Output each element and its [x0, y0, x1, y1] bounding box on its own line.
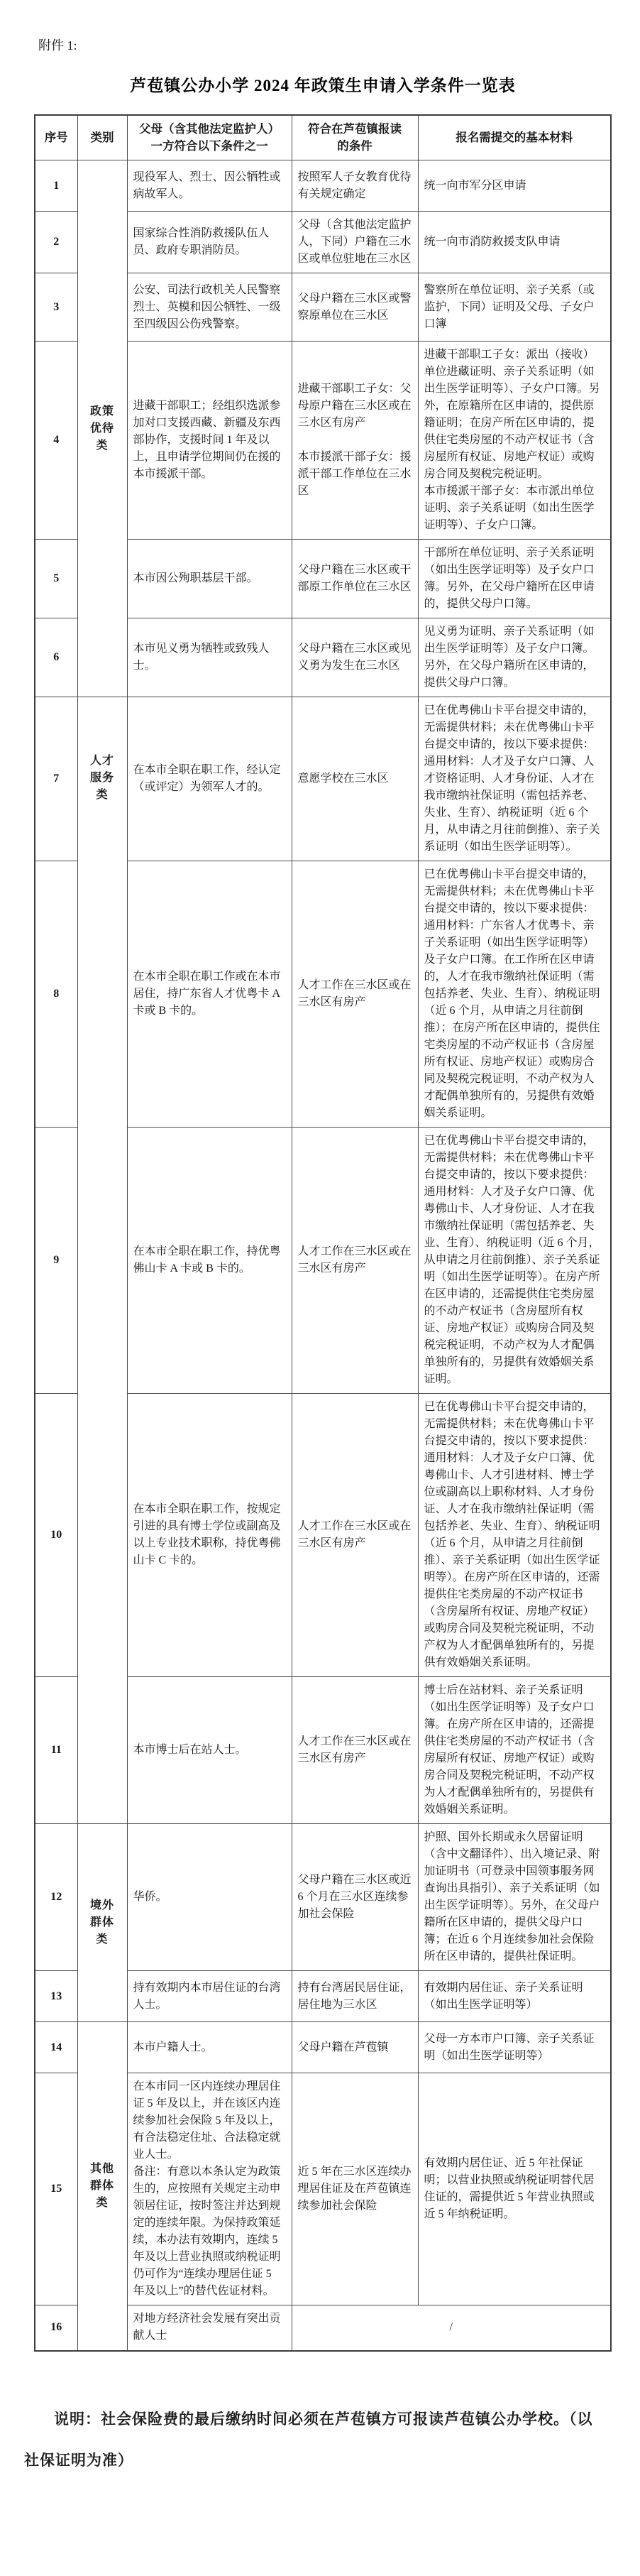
row-1-condition: 现役军人、烈士、因公牺牲或病故军人。: [127, 160, 292, 212]
row-5-seq: 5: [35, 540, 77, 618]
row-14-condition: 本市户籍人士。: [127, 2022, 292, 2073]
header-row: 序号 类别 父母（含其他法定监护人） 一方符合以下条件之一 符合在芦苞镇报读 的…: [35, 115, 611, 160]
row-3-eligibility: 父母户籍在三水区或警察原单位在三水区: [292, 273, 418, 342]
row-9-eligibility: 人才工作在三水区或在三水区有房产: [292, 1128, 418, 1394]
row-3-seq: 3: [35, 273, 77, 342]
row-4-eligibility: 进藏干部职工子女：父母原户籍在三水区或在三水区有房产 本市援派干部子女：援派干部…: [292, 342, 418, 540]
row-2-seq: 2: [35, 212, 77, 273]
category-talent-service: 人才 服务 类: [77, 697, 127, 1824]
row-12-materials: 护照、国外长期或永久居留证明（含中文翻译件）、出入境记录、附加证明书（可登录中国…: [418, 1824, 611, 1971]
row-7-seq: 7: [35, 697, 77, 861]
row-7-eligibility: 意愿学校在三水区: [292, 697, 418, 861]
row-13-seq: 13: [35, 1971, 77, 2022]
row-6-condition: 本市见义勇为牺牲或致残人士。: [127, 618, 292, 697]
row-15-materials: 有效期内居住证、近 5 年社保证明；以营业执照或纳税证明替代居住证的，需提供近 …: [418, 2073, 611, 2305]
row-13-eligibility: 持有台湾居民居住证，居住地为三水区: [292, 1971, 418, 2022]
row-12-eligibility: 父母户籍在三水区或近 6 个月在三水区连续参加社会保险: [292, 1824, 418, 1971]
row-9-materials: 已在优粤佛山卡平台提交申请的，无需提供材料；未在优粤佛山卡平台提交申请的，按以下…: [418, 1128, 611, 1394]
row-9-seq: 9: [35, 1128, 77, 1394]
row-9-condition: 在本市全职在职工作，持优粤佛山卡 A 卡或 B 卡的。: [127, 1128, 292, 1394]
page-title: 芦苞镇公办小学 2024 年政策生申请入学条件一览表: [34, 72, 612, 96]
row-10-materials: 已在优粤佛山卡平台提交申请的，无需提供材料；未在优粤佛山卡平台提交申请的，按以下…: [418, 1394, 611, 1677]
row-13-condition: 持有效期内本市居住证的台湾人士。: [127, 1971, 292, 2022]
table-row: 12 境外 群体 类 华侨。 父母户籍在三水区或近 6 个月在三水区连续参加社会…: [35, 1824, 611, 1971]
category-other-group: 其他 群体 类: [77, 2022, 127, 2351]
row-2-eligibility: 父母（含其他法定监护人，下同）户籍在三水区或单位驻地在三水区: [292, 212, 418, 273]
table-row: 7 人才 服务 类 在本市全职在职工作，经认定（或评定）为领军人才的。 意愿学校…: [35, 697, 611, 861]
attachment-label: 附件 1:: [38, 36, 612, 54]
row-4-condition: 进藏干部职工；经组织选派参加对口支援西藏、新疆及东西部协作，支援时间 1 年及以…: [127, 342, 292, 540]
category-policy-preference: 政策 优待 类: [77, 160, 127, 697]
row-1-seq: 1: [35, 160, 77, 212]
row-12-condition: 华侨。: [127, 1824, 292, 1971]
category-overseas-group: 境外 群体 类: [77, 1824, 127, 2022]
row-8-condition: 在本市全职在职工作或在本市居住，持广东省人才优粤卡 A 卡或 B 卡的。: [127, 861, 292, 1128]
row-14-materials: 父母一方本市户口簿、亲子关系证明（如出生医学证明等）: [418, 2022, 611, 2073]
row-11-eligibility: 人才工作在三水区或在三水区有房产: [292, 1677, 418, 1824]
row-10-seq: 10: [35, 1394, 77, 1677]
table-row: 1 政策 优待 类 现役军人、烈士、因公牺牲或病故军人。 按照军人子女教育优待有…: [35, 160, 611, 212]
policy-table: 序号 类别 父母（含其他法定监护人） 一方符合以下条件之一 符合在芦苞镇报读 的…: [34, 114, 612, 2352]
row-12-seq: 12: [35, 1824, 77, 1971]
row-6-eligibility: 父母户籍在三水区或见义勇为发生在三水区: [292, 618, 418, 697]
row-13-materials: 有效期内居住证、亲子关系证明（如出生医学证明等）: [418, 1971, 611, 2022]
row-7-condition: 在本市全职在职工作，经认定（或评定）为领军人才的。: [127, 697, 292, 861]
table-row: 14 其他 群体 类 本市户籍人士。 父母户籍在芦苞镇 父母一方本市户口簿、亲子…: [35, 2022, 611, 2073]
row-1-materials: 统一向市军分区申请: [418, 160, 611, 212]
row-10-eligibility: 人才工作在三水区或在三水区有房产: [292, 1394, 418, 1677]
row-7-materials: 已在优粤佛山卡平台提交申请的，无需提供材料；未在优粤佛山卡平台提交申请的，按以下…: [418, 697, 611, 861]
row-8-seq: 8: [35, 861, 77, 1128]
row-11-materials: 博士后在站材料、亲子关系证明（如出生医学证明等）及子女户口簿。在房产所在区申请的…: [418, 1677, 611, 1824]
row-14-seq: 14: [35, 2022, 77, 2073]
header-seq: 序号: [35, 115, 77, 160]
row-8-materials: 已在优粤佛山卡平台提交申请的，无需提供材料；未在优粤佛山卡平台提交申请的，按以下…: [418, 861, 611, 1128]
row-2-condition: 国家综合性消防救援队伍人员、政府专职消防员。: [127, 212, 292, 273]
row-8-eligibility: 人才工作在三水区或在三水区有房产: [292, 861, 418, 1128]
row-16-merged-cell: /: [292, 2305, 611, 2351]
header-materials: 报名需提交的基本材料: [418, 115, 611, 160]
row-4-seq: 4: [35, 342, 77, 540]
row-16-condition: 对地方经济社会发展有突出贡献人士: [127, 2305, 292, 2351]
footer-note: 说明：社会保险费的最后缴纳时间必须在芦苞镇方可报读芦苞镇公办学校。（以社保证明为…: [24, 2398, 612, 2481]
row-6-seq: 6: [35, 618, 77, 697]
row-15-eligibility: 近 5 年在三水区连续办理居住证及在芦苞镇连续参加社会保险: [292, 2073, 418, 2305]
document-page: 附件 1: 芦苞镇公办小学 2024 年政策生申请入学条件一览表 序号 类别 父…: [0, 0, 640, 2538]
row-3-condition: 公安、司法行政机关人民警察烈士、英模和因公牺牲、一级至四级因公伤残警察。: [127, 273, 292, 342]
header-category: 类别: [77, 115, 127, 160]
row-5-materials: 干部所在单位证明、亲子关系证明（如出生医学证明等）及子女户口簿。另外，在父母户籍…: [418, 540, 611, 618]
row-15-seq: 15: [35, 2073, 77, 2305]
row-4-materials: 进藏干部职工子女：派出（接收）单位进藏证明、亲子关系证明（如出生医学证明等）、子…: [418, 342, 611, 540]
row-6-materials: 见义勇为证明、亲子关系证明（如出生医学证明等）及子女户口簿。另外，在父母户籍所在…: [418, 618, 611, 697]
row-10-condition: 在本市全职在职工作，按规定引进的具有博士学位或副高及以上专业技术职称，持优粤佛山…: [127, 1394, 292, 1677]
row-15-condition: 在本市同一区内连续办理居住证 5 年及以上，并在该区内连续参加社会保险 5 年及…: [127, 2073, 292, 2305]
row-2-materials: 统一向市消防救援支队申请: [418, 212, 611, 273]
row-5-eligibility: 父母户籍在三水区或干部原工作单位在三水区: [292, 540, 418, 618]
row-16-seq: 16: [35, 2305, 77, 2351]
table-header: 序号 类别 父母（含其他法定监护人） 一方符合以下条件之一 符合在芦苞镇报读 的…: [35, 115, 611, 160]
header-eligibility: 符合在芦苞镇报读 的条件: [292, 115, 418, 160]
row-5-condition: 本市因公殉职基层干部。: [127, 540, 292, 618]
header-condition: 父母（含其他法定监护人） 一方符合以下条件之一: [127, 115, 292, 160]
row-11-seq: 11: [35, 1677, 77, 1824]
row-1-eligibility: 按照军人子女教育优待有关规定确定: [292, 160, 418, 212]
row-14-eligibility: 父母户籍在芦苞镇: [292, 2022, 418, 2073]
row-11-condition: 本市博士后在站人士。: [127, 1677, 292, 1824]
row-3-materials: 警察所在单位证明、亲子关系（或监护，下同）证明及父母、子女户口簿: [418, 273, 611, 342]
